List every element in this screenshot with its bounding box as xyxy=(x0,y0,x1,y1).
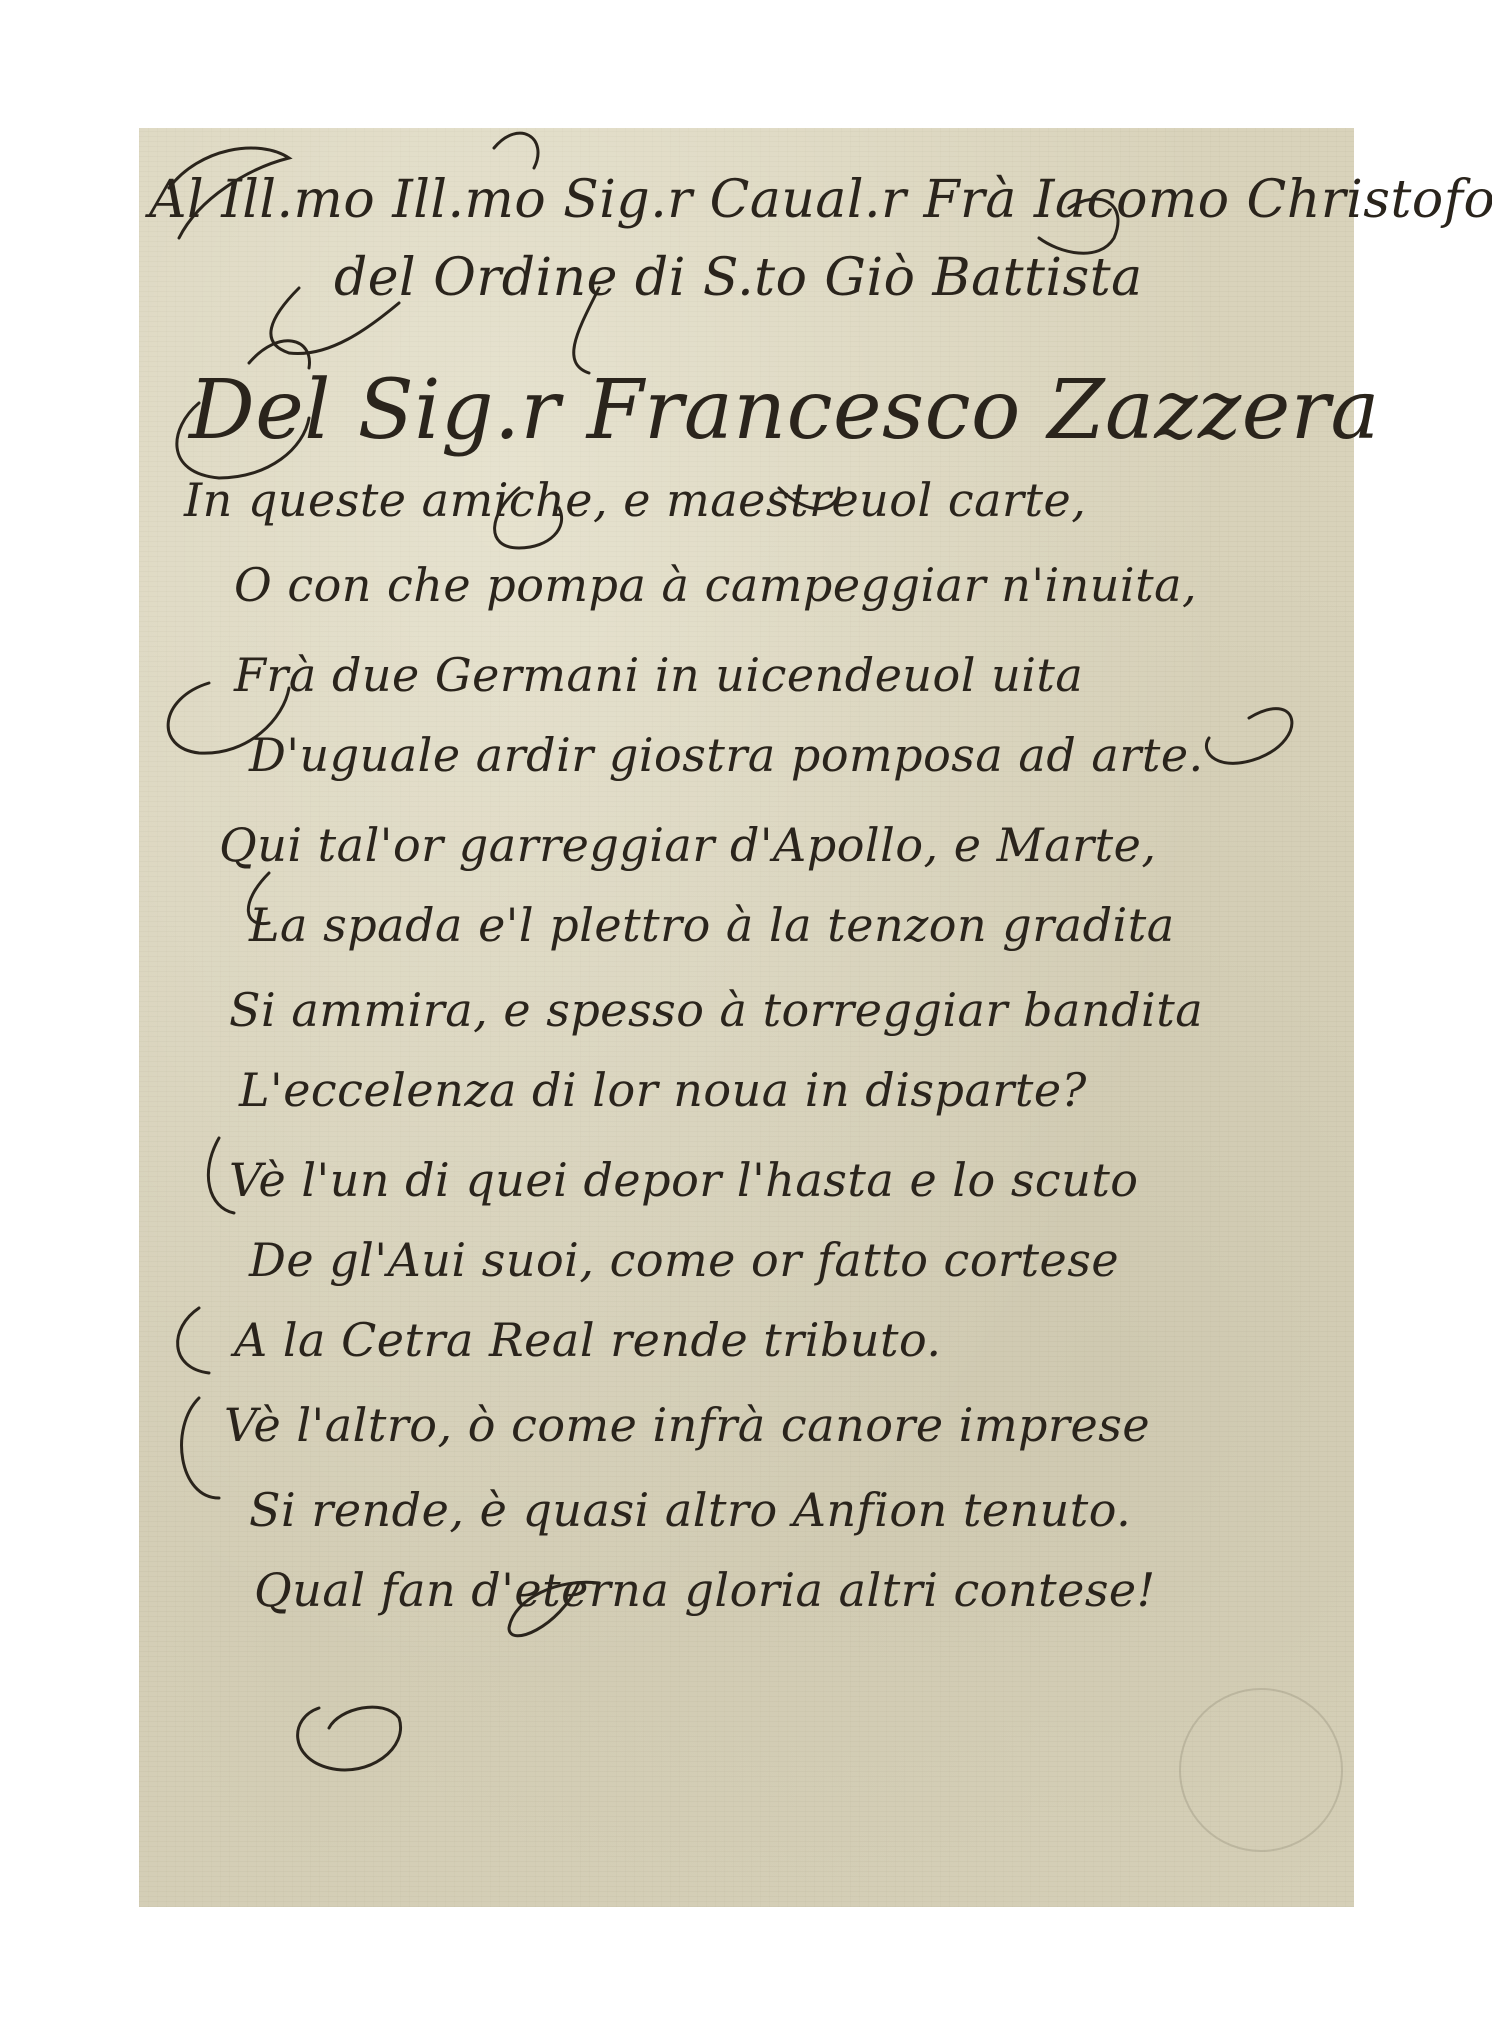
poem-title: Del Sig.r Francesco Zazzera xyxy=(189,363,1380,458)
verse-line-4: D'uguale ardir giostra pomposa ad arte. xyxy=(249,728,1204,782)
manuscript-page: Al Ill.mo Ill.mo Sig.r Caual.r Frà Iacom… xyxy=(139,128,1354,1907)
dedication-line-1: Al Ill.mo Ill.mo Sig.r Caual.r Frà Iacom… xyxy=(149,170,1492,230)
dedication-line-2: del Ordine di S.to Giò Battista xyxy=(334,248,1143,308)
verse-line-10: De gl'Aui suoi, come or fatto cortese xyxy=(249,1233,1119,1287)
verse-line-9: Vè l'un di quei depor l'hasta e lo scuto xyxy=(229,1153,1139,1207)
verse-line-1: In queste amiche, e maestreuol carte, xyxy=(184,473,1086,527)
verse-line-14: Qual fan d'eterna gloria altri contese! xyxy=(254,1563,1156,1617)
verse-line-6: La spada e'l plettro à la tenzon gradita xyxy=(249,898,1175,952)
verse-line-8: L'eccelenza di lor noua in disparte? xyxy=(239,1063,1087,1117)
verse-line-13: Si rende, è quasi altro Anfion tenuto. xyxy=(249,1483,1131,1537)
verse-line-7: Si ammira, e spesso à torreggiar bandita xyxy=(229,983,1203,1037)
verse-line-3: Frà due Germani in uicendeuol uita xyxy=(234,648,1083,702)
verse-line-11: A la Cetra Real rende tributo. xyxy=(234,1313,942,1367)
faded-stamp-mark xyxy=(1179,1688,1343,1852)
verse-line-12: Vè l'altro, ò come infrà canore imprese xyxy=(224,1398,1150,1452)
verse-line-5: Qui tal'or garreggiar d'Apollo, e Marte, xyxy=(219,818,1156,872)
verse-line-2: O con che pompa à campeggiar n'inuita, xyxy=(234,558,1197,612)
